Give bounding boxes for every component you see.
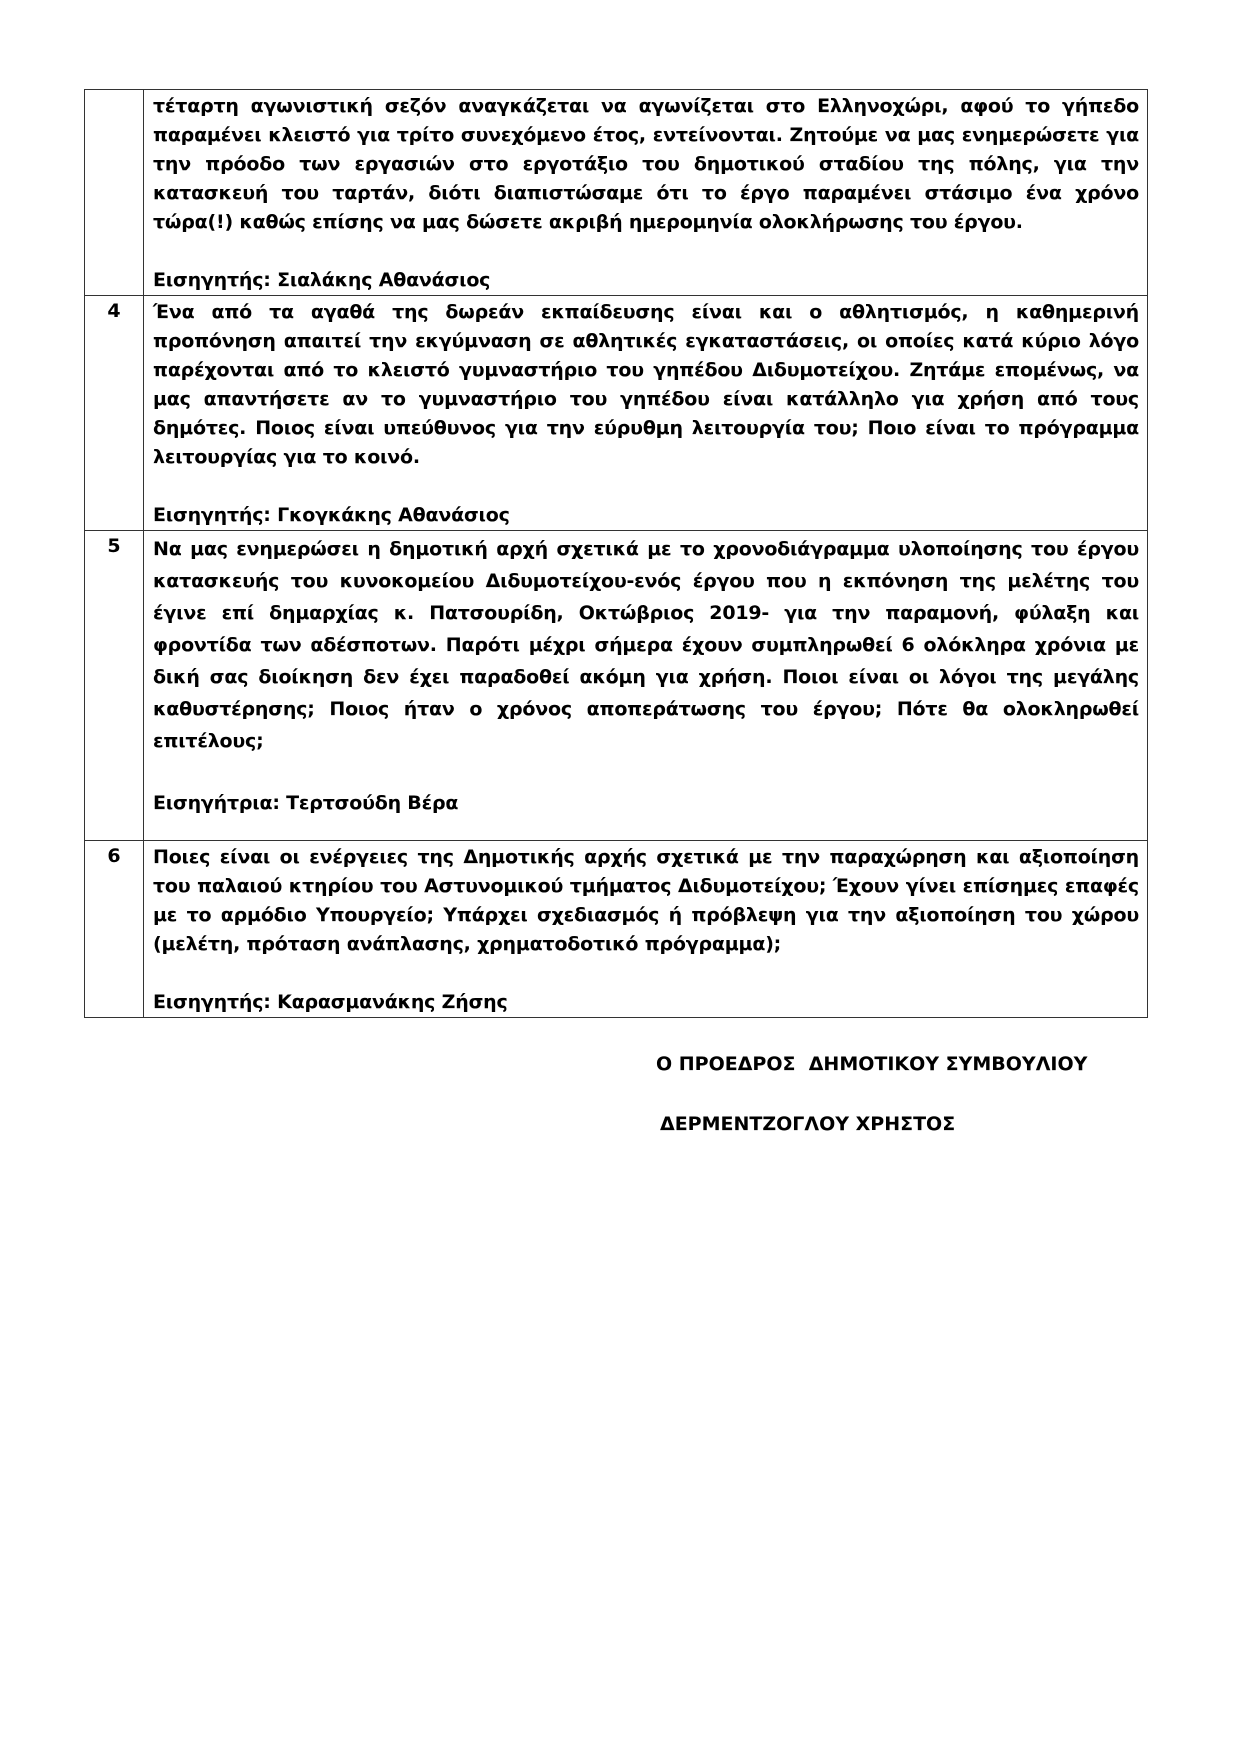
row-number: 5 <box>85 531 144 841</box>
question-text: Ένα από τα αγαθά της δωρεάν εκπαίδευσης … <box>153 298 1139 472</box>
row-content: Ποιες είναι οι ενέργειες της Δημοτικής α… <box>144 841 1148 1018</box>
row-content: Να μας ενημερώσει η δημοτική αρχή σχετικ… <box>144 531 1148 841</box>
question-text: τέταρτη αγωνιστική σεζόν αναγκάζεται να … <box>153 92 1139 237</box>
table-row: 6 Ποιες είναι οι ενέργειες της Δημοτικής… <box>85 841 1148 1018</box>
table-row: τέταρτη αγωνιστική σεζόν αναγκάζεται να … <box>85 90 1148 296</box>
signature-title: Ο ΠΡΟΕΔΡΟΣ ΔΗΜΟΤΙΚΟΥ ΣΥΜΒΟΥΛΙΟΥ <box>656 1053 1087 1075</box>
table-row: 5 Να μας ενημερώσει η δημοτική αρχή σχετ… <box>85 531 1148 841</box>
row-number: 4 <box>85 296 144 531</box>
questions-table: τέταρτη αγωνιστική σεζόν αναγκάζεται να … <box>84 89 1148 1018</box>
row-content: Ένα από τα αγαθά της δωρεάν εκπαίδευσης … <box>144 296 1148 531</box>
speaker-name: Εισηγητής: Καρασμανάκης Ζήσης <box>153 959 1139 1017</box>
row-content: τέταρτη αγωνιστική σεζόν αναγκάζεται να … <box>144 90 1148 296</box>
row-number <box>85 90 144 296</box>
table-row: 4 Ένα από τα αγαθά της δωρεάν εκπαίδευση… <box>85 296 1148 531</box>
signature-name: ΔΕΡΜΕΝΤΖΟΓΛΟΥ ΧΡΗΣΤΟΣ <box>660 1113 955 1135</box>
speaker-name: Εισηγήτρια: Τερτσούδη Βέρα <box>153 757 1139 840</box>
question-text: Να μας ενημερώσει η δημοτική αρχή σχετικ… <box>153 533 1139 757</box>
question-text: Ποιες είναι οι ενέργειες της Δημοτικής α… <box>153 843 1139 959</box>
row-number: 6 <box>85 841 144 1018</box>
speaker-name: Εισηγητής: Γκογκάκης Αθανάσιος <box>153 472 1139 530</box>
speaker-name: Εισηγητής: Σιαλάκης Αθανάσιος <box>153 237 1139 295</box>
